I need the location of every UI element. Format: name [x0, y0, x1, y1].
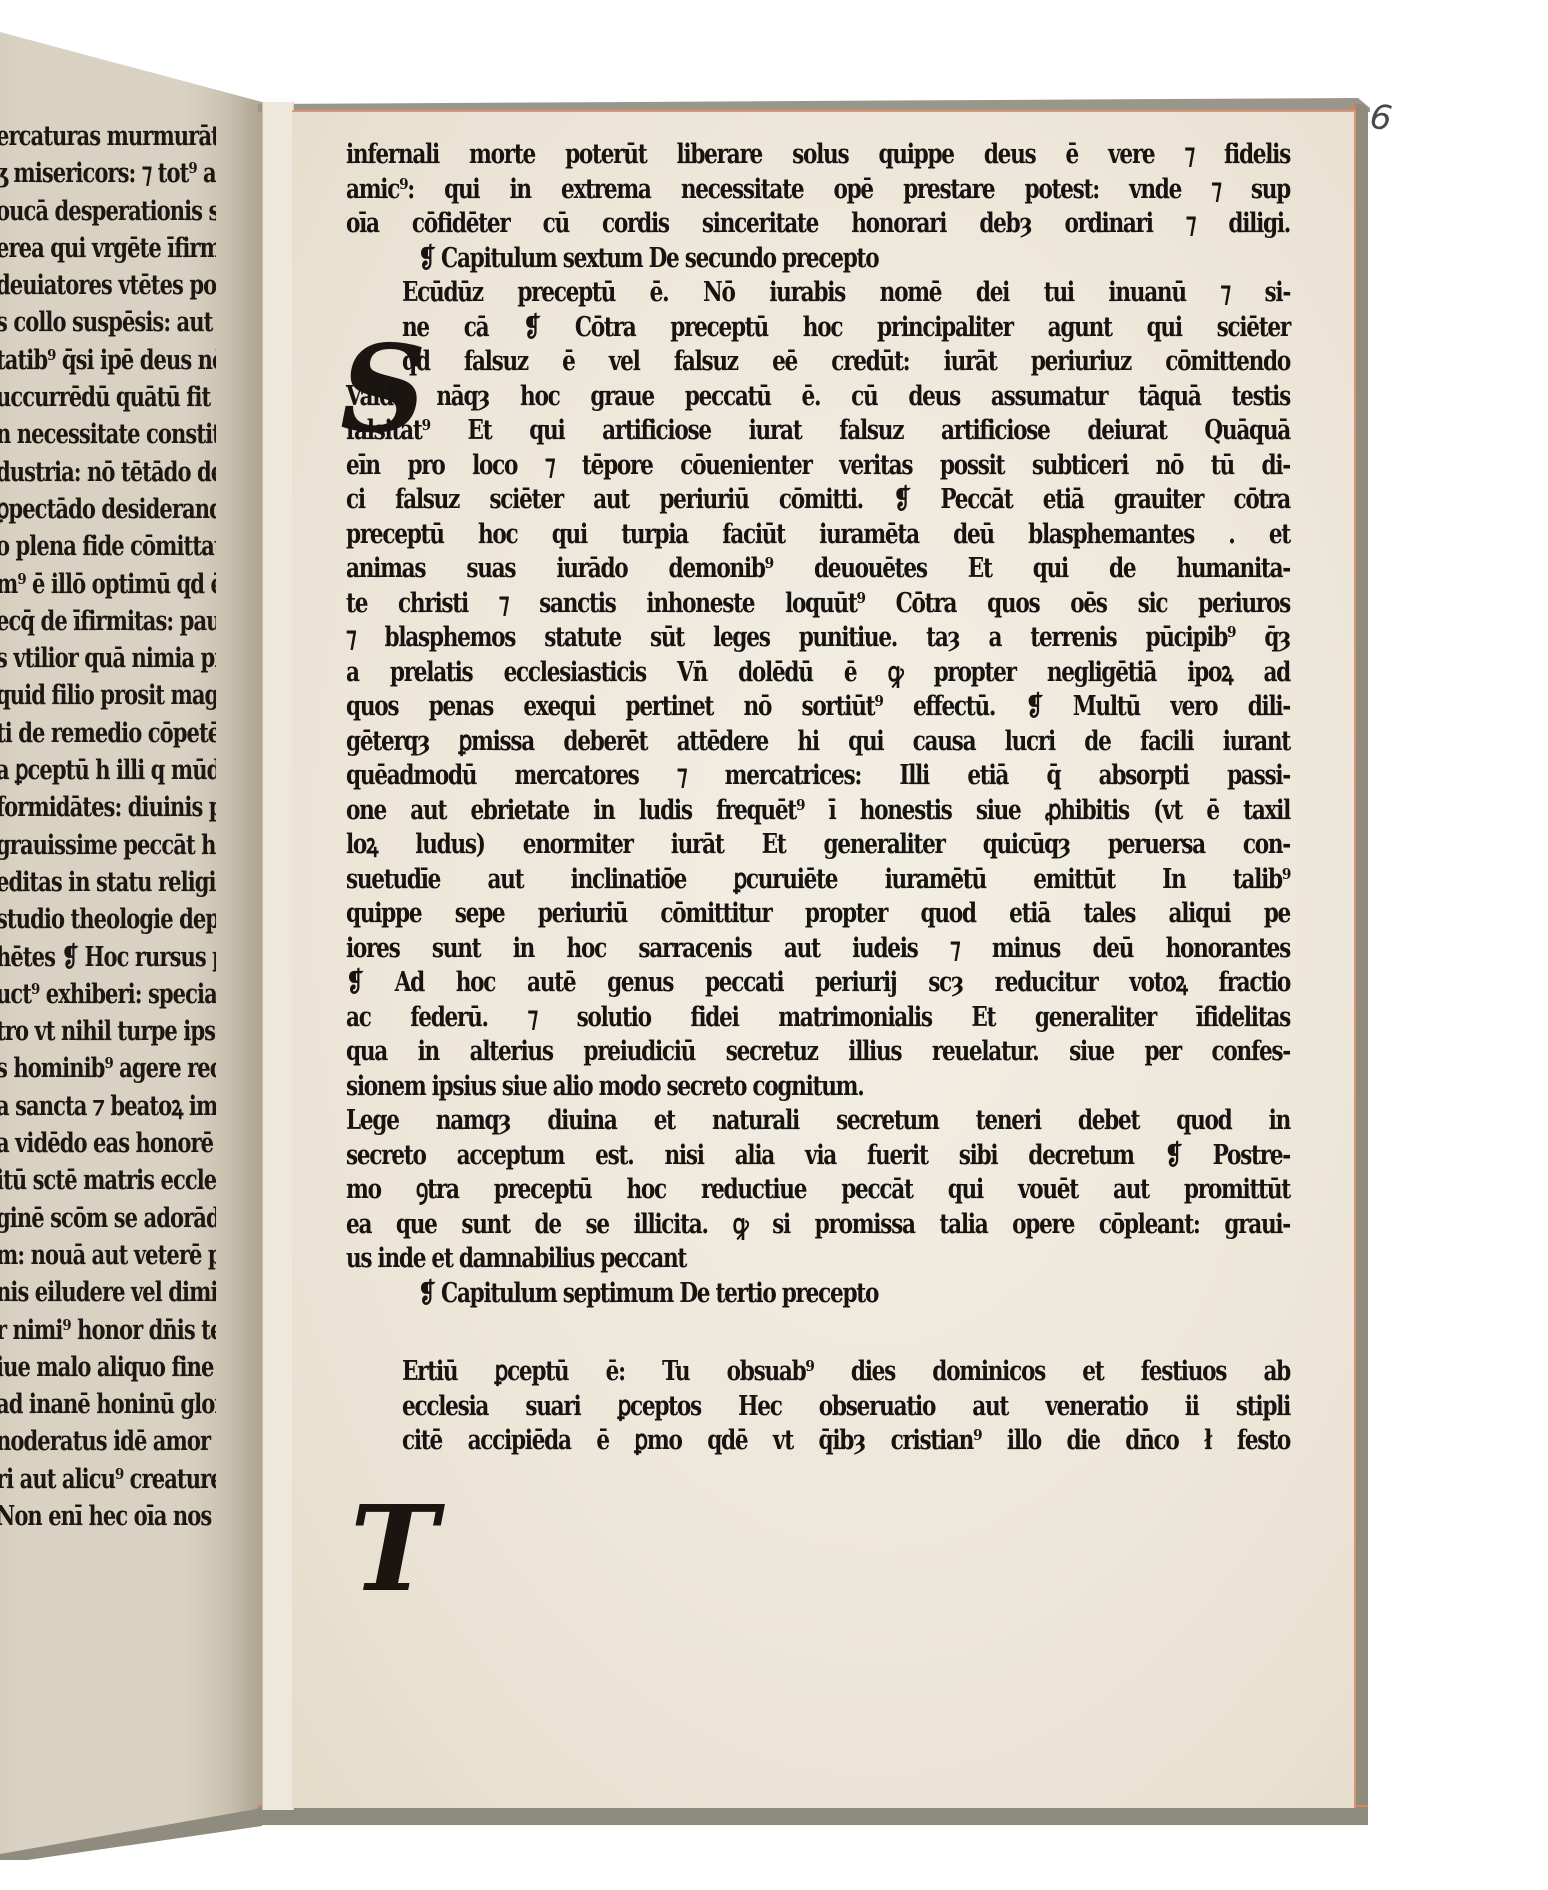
left-page-line: ꝑpectādo desiderandoqȝ	[0, 491, 216, 528]
text-line: eīn pro loco ⁊ tēpore cōuenienter verita…	[346, 449, 1290, 484]
left-page-line: m: nouā aut veterē plus	[0, 1237, 216, 1274]
left-page-line: r nimi⁹ honor dn̄is tem	[0, 1312, 216, 1349]
text-line: ❡ Ad hoc autē genus peccati periurij scȝ…	[346, 966, 1290, 1001]
text-line: ci falsuz sciēter aut periuriū cōmitti. …	[346, 483, 1290, 518]
left-page-line: itū sctē matris ecclesie: a	[0, 1162, 216, 1199]
text-line: Ertiū ꝑceptū ē: Tu obsuab⁹ dies dominico…	[346, 1355, 1290, 1390]
left-page-line: uccurrēdū quātū fit couz	[0, 379, 216, 416]
text-line: ea que sunt de se illicita. ꝙ si promiss…	[346, 1208, 1290, 1243]
left-page-line: s collo suspēsis: aut carac-	[0, 304, 216, 341]
text-line: gēterqȝ ꝑmissa deberēt attēdere hi qui c…	[346, 725, 1290, 760]
text-line: Valde nāqȝ hoc graue peccatū ē. cū deus …	[346, 380, 1290, 415]
left-page-line: a ꝑceptū h illi q mūdeno	[0, 752, 216, 789]
left-page-line: dustria: nō tētādo deum	[0, 454, 216, 491]
left-page-line: ri aut alicu⁹ creature sic	[0, 1461, 216, 1498]
text-line: sionem ipsius siue alio modo secreto cog…	[346, 1070, 1290, 1105]
left-page-line: tatib⁹ q̄si ipē deus nō cēt	[0, 342, 216, 379]
left-page-line: s vtilior quā nimia pros-	[0, 640, 216, 677]
left-page-line: ad inanē honinū glori-	[0, 1386, 216, 1423]
left-page-line: n necessitate constitutis	[0, 416, 216, 453]
text-line: qd falsuz ē vel falsuz eē credūt: iurāt …	[346, 345, 1290, 380]
left-page-line: erea qui vrgēte īfirmitate	[0, 230, 216, 267]
text-line: te christi ⁊ sanctis inhoneste loquūt⁹ C…	[346, 587, 1290, 622]
left-page-line: a vidēdo eas honorē im-	[0, 1125, 216, 1162]
left-page-line: iue malo aliquo fine ex-	[0, 1349, 216, 1386]
left-page-line: quid filio prosit magister	[0, 677, 216, 714]
text-line: ne cā ❡ Cōtra preceptū hoc principaliter…	[346, 311, 1290, 346]
left-page-line: deuiatores vtētes pomis i	[0, 267, 216, 304]
left-page-text: ercaturas murmurātes:ʒ misericors: ⁊ tot…	[0, 118, 168, 1535]
open-book: ercaturas murmurātes:ʒ misericors: ⁊ tot…	[0, 0, 1548, 1890]
left-page-line: Non enī hec oīa nos ab	[0, 1498, 216, 1535]
left-page-line: s hominib⁹ agere recu-	[0, 1050, 216, 1087]
text-line: secreto acceptum est. nisi alia via fuer…	[346, 1139, 1290, 1174]
text-line: citē accipiēda ē ꝑmo qdē vt q̄ibȝ cristi…	[346, 1424, 1290, 1459]
left-page-line: m⁹ ē illō optimū qd ē cō	[0, 566, 216, 603]
text-line: falsitat⁹ Et qui artificiose iurat falsu…	[346, 414, 1290, 449]
text-line: Lege namqȝ diuina et naturali secretum t…	[346, 1104, 1290, 1139]
text-line: ac federū. ⁊ solutio fidei matrimonialis…	[346, 1001, 1290, 1036]
left-page-line: hētes ❡ Hoc rursus pre-	[0, 939, 216, 976]
text-line: quēadmodū mercatores ⁊ mercatrices: Illi…	[346, 759, 1290, 794]
left-page-line: ginē scōm se adorādo ete	[0, 1200, 216, 1237]
text-line: preceptū hoc qui turpia faciūt iuramēta …	[346, 518, 1290, 553]
left-page-line: ti de remedio cōpetēti no	[0, 715, 216, 752]
text-line: a prelatis ecclesiasticis Vn̄ dolēdū ē ꝙ…	[346, 656, 1290, 691]
text-line: qua in alterius preiudiciū secretuz illi…	[346, 1035, 1290, 1070]
left-page-line: a sancta ⁊ beatoꝝ imagi	[0, 1088, 216, 1125]
left-page-line: oucā desperationis se ip-	[0, 193, 216, 230]
text-line: quos penas exequi pertinet nō sortiūt⁹ e…	[346, 690, 1290, 725]
text-line: mo ꝯtra preceptū hoc reductiue peccāt qu…	[346, 1173, 1290, 1208]
text-line: suetudīe aut inclinatiōe ꝑcuruiēte iuram…	[346, 863, 1290, 898]
left-page-line: tro vt nihil turpe ipso vi	[0, 1013, 216, 1050]
right-page-text-block: infernali morte poterūt liberare solus q…	[346, 138, 1290, 1459]
left-page-line: ʒ misericors: ⁊ tot⁹ ama	[0, 155, 216, 192]
left-page-line: studio theologie depu-	[0, 901, 216, 938]
text-line: infernali morte poterūt liberare solus q…	[346, 138, 1290, 173]
left-page-line: grauissime peccāt huius-	[0, 827, 216, 864]
book-block-bottom-edge	[258, 1805, 1368, 1825]
left-page-line: editas in statu religiōis	[0, 864, 216, 901]
text-line: oīa cōfidēter cū cordis sinceritate hono…	[346, 207, 1290, 242]
decorated-initial-t: T	[350, 1490, 438, 1608]
chapter-heading: ❡ Capitulum sextum De secundo precepto	[346, 242, 1290, 277]
left-page-line: formidātes: diuinis pre	[0, 789, 216, 826]
left-page-line: noderatus idē amor pa	[0, 1423, 216, 1460]
text-line: us inde et damnabilius peccant	[346, 1242, 1290, 1277]
left-page-line: uct⁹ exhiberi: specialiter	[0, 976, 216, 1013]
spacer	[346, 1311, 1290, 1355]
text-line: Ecūdūz preceptū ē. Nō iurabis nomē dei t…	[346, 276, 1290, 311]
folio-number: 6	[1367, 97, 1394, 140]
text-line: one aut ebrietate in ludis frequēt⁹ ī ho…	[346, 794, 1290, 829]
text-line: loꝝ ludus) enormiter iurāt Et generalite…	[346, 828, 1290, 863]
text-line: quippe sepe periuriū cōmittitur propter …	[346, 897, 1290, 932]
text-line: amic⁹: qui in extrema necessitate opē pr…	[346, 173, 1290, 208]
text-line: ⁊ blasphemos statute sūt leges punitiue.…	[346, 621, 1290, 656]
text-line: ecclesia suari ꝑceptos Hec obseruatio au…	[346, 1390, 1290, 1425]
text-line: iores sunt in hoc sarracenis aut iudeis …	[346, 932, 1290, 967]
text-line: animas suas iurādo demonib⁹ deuouētes Et…	[346, 552, 1290, 587]
left-page-line: ercaturas murmurātes:	[0, 118, 216, 155]
gutter-stub	[262, 102, 294, 1810]
chapter-heading: ❡ Capitulum septimum De tertio precepto	[346, 1277, 1290, 1312]
left-page-line: o plena fide cōmittat: ⁊ i	[0, 528, 216, 565]
left-page-line: nis eiludere vel diminita-	[0, 1274, 216, 1311]
left-page-line: ecq̄ de īfirmitas: pauper	[0, 603, 216, 640]
